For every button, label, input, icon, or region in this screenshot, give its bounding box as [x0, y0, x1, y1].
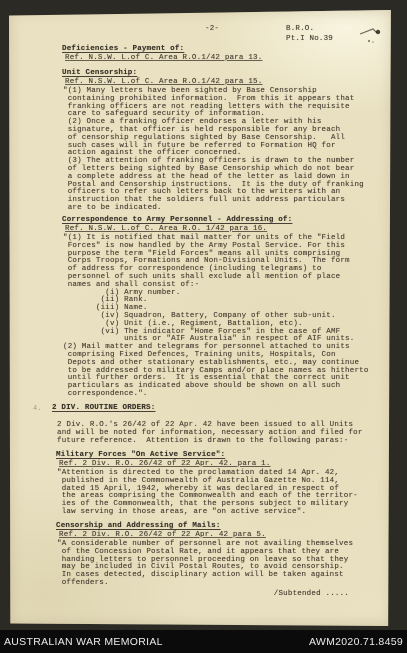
section-heading: Censorship and Addressing of Mails:: [56, 523, 353, 531]
section-on-active-service: Military Forces "On Active Service": Ref…: [56, 452, 358, 517]
section-body: "(1) Many letters have been sighted by B…: [63, 88, 364, 213]
item-id: AWM2020.71.8459: [309, 636, 403, 648]
section-body: "Attention is directed to the proclamati…: [57, 470, 358, 517]
order-reference-block: B.R.O. Pt.I No.39: [286, 26, 333, 44]
continuation-note: /Subtended .....: [225, 591, 349, 599]
pen-mark: [357, 24, 391, 59]
section-heading: Correspondence to Army Personnel - Addre…: [62, 217, 369, 225]
section-correspondence-addressing: Correspondence to Army Personnel - Addre…: [62, 217, 369, 399]
archive-name: AUSTRALIAN WAR MEMORIAL: [4, 636, 163, 648]
margin-paragraph-number: 4.: [33, 406, 42, 414]
order-reference: B.R.O.: [286, 26, 333, 34]
order-part-number: Pt.I No.39: [286, 36, 333, 44]
section-ref: Ref. N.S.W. L.of C. Area R.O.1/42 para 1…: [65, 79, 364, 87]
section-deficiencies: Deficiencies - Payment of: Ref. N.S.W. L…: [62, 46, 262, 63]
section-div-routine-orders: 2 DIV. ROUTINE ORDERS: 2 Div. R.O.'s 26/…: [52, 405, 363, 445]
section-ref: Ref. 2 Div. R.O. 26/42 of 22 Apr. 42. pa…: [59, 461, 358, 469]
section-body: "A considerable number of personnel are …: [57, 541, 353, 588]
footer-bar: AUSTRALIAN WAR MEMORIAL AWM2020.71.8459: [0, 630, 407, 653]
section-heading: 2 DIV. ROUTINE ORDERS:: [52, 405, 363, 413]
section-heading: Unit Censorship:: [62, 70, 364, 78]
section-unit-censorship: Unit Censorship: Ref. N.S.W. L.of C. Are…: [62, 70, 364, 213]
section-body: "(1) It is notified that mail matter for…: [63, 235, 369, 399]
section-ref: Ref. N.S.W. L.of C. Area R.O. 1/42 para …: [65, 226, 369, 234]
section-ref: Ref. N.S.W. L.of C. Area R.O.1/42 para 1…: [65, 55, 262, 63]
section-censorship-mails: Censorship and Addressing of Mails: Ref.…: [56, 523, 353, 588]
document-page: -2- B.R.O. Pt.I No.39 Deficiencies - Pay…: [9, 10, 392, 626]
section-heading: Deficiencies - Payment of:: [62, 46, 262, 54]
scan-background: { "page": { "page_number": "-2-", "doc_r…: [0, 0, 407, 653]
section-heading: Military Forces "On Active Service":: [56, 452, 358, 460]
page-number: -2-: [205, 26, 219, 34]
section-ref: Ref. 2 Div. R.O. 26/42 of 22 Apr. 42 par…: [59, 532, 353, 540]
section-body: 2 Div. R.O.'s 26/42 of 22 Apr. 42 have b…: [57, 422, 363, 445]
